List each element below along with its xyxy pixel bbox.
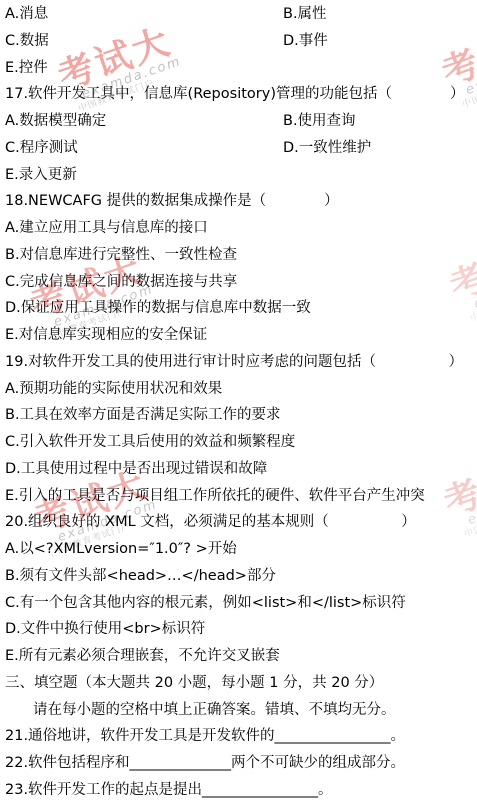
option-line: C.引入软件开发工具后使用的效益和频繁程度: [0, 429, 477, 456]
option-line: E.对信息库实现相应的安全保证: [0, 322, 477, 349]
option-line-text: C.引入软件开发工具后使用的效益和频繁程度: [5, 434, 295, 450]
option-right: B.属性: [283, 1, 327, 28]
question-line: 22.软件包括程序和______________两个不可缺少的组成部分。: [0, 750, 477, 777]
exam-document: A.消息B.属性C.数据D.事件E.控件17.软件开发工具中，信息库(Repos…: [0, 0, 477, 804]
option-line: D.文件中换行使用<br>标识符: [0, 616, 477, 643]
option-line-text: D.保证应用工具操作的数据与信息库中数据一致: [5, 300, 311, 316]
option-line: A.数据模型确定B.使用查询: [0, 108, 477, 135]
option-line-text: D.文件中换行使用<br>标识符: [5, 621, 205, 637]
option-line: C.有一个包含其他内容的根元素，例如<list>和</list>标识符: [0, 590, 477, 617]
option-line: B.须有文件头部<head>…</head>部分: [0, 563, 477, 590]
option-right: B.使用查询: [283, 108, 356, 135]
question-line-text: 18.NEWCAFG 提供的数据集成操作是（ ）: [5, 193, 339, 209]
option-line-text: A.以<?XMLversion=″1.0″? >开始: [5, 541, 237, 557]
option-line: A.建立应用工具与信息库的接口: [0, 215, 477, 242]
option-line: D.保证应用工具操作的数据与信息库中数据一致: [0, 295, 477, 322]
option-line-text: E.控件: [5, 60, 48, 76]
option-line-text: B.工具在效率方面是否满足实际工作的要求: [5, 407, 281, 423]
question-line: 17.软件开发工具中，信息库(Repository)管理的功能包括（ ）: [0, 81, 477, 108]
option-left: A.消息: [5, 6, 48, 22]
option-line: A.消息B.属性: [0, 1, 477, 28]
question-line: 21.通俗地讲，软件开发工具是开发软件的________________。: [0, 723, 477, 750]
question-line-text: 23.软件开发工作的起点是提出________________。: [5, 782, 333, 798]
question-line-text: 21.通俗地讲，软件开发工具是开发软件的________________。: [5, 728, 405, 744]
option-line: C.完成信息库之间的数据连接与共享: [0, 269, 477, 296]
instruction-line: 请在每小题的空格中填上正确答案。错填、不填均无分。: [0, 697, 477, 724]
option-line: A.预期功能的实际使用状况和效果: [0, 376, 477, 403]
option-line: E.所有元素必须合理嵌套，不允许交叉嵌套: [0, 643, 477, 670]
option-right: D.一致性维护: [283, 135, 371, 162]
option-left: C.数据: [5, 33, 49, 49]
option-line-text: E.所有元素必须合理嵌套，不允许交叉嵌套: [5, 648, 280, 664]
question-line: 19.对软件开发工具的使用进行审计时应考虑的问题包括（ ）: [0, 349, 477, 376]
option-line: B.工具在效率方面是否满足实际工作的要求: [0, 402, 477, 429]
option-line-text: E.录入更新: [5, 167, 77, 183]
question-line: 18.NEWCAFG 提供的数据集成操作是（ ）: [0, 188, 477, 215]
question-line-text: 19.对软件开发工具的使用进行审计时应考虑的问题包括（ ）: [5, 354, 463, 370]
option-line-text: E.对信息库实现相应的安全保证: [5, 327, 207, 343]
option-line-text: C.完成信息库之间的数据连接与共享: [5, 274, 237, 290]
option-line: D.工具使用过程中是否出现过错误和故障: [0, 456, 477, 483]
option-line: E.录入更新: [0, 162, 477, 189]
option-line-text: C.有一个包含其他内容的根元素，例如<list>和</list>标识符: [5, 595, 406, 611]
option-left: C.程序测试: [5, 140, 78, 156]
question-line-text: 22.软件包括程序和______________两个不可缺少的组成部分。: [5, 755, 405, 771]
option-line: B.对信息库进行完整性、一致性检查: [0, 242, 477, 269]
option-line-text: B.对信息库进行完整性、一致性检查: [5, 247, 237, 263]
instruction-line-text: 请在每小题的空格中填上正确答案。错填、不填均无分。: [33, 702, 396, 718]
option-line-text: A.建立应用工具与信息库的接口: [5, 220, 208, 236]
option-line: C.程序测试D.一致性维护: [0, 135, 477, 162]
section-heading: 三、填空题（本大题共 20 小题，每小题 1 分，共 20 分）: [0, 670, 477, 697]
option-line: C.数据D.事件: [0, 28, 477, 55]
option-line: A.以<?XMLversion=″1.0″? >开始: [0, 536, 477, 563]
option-right: D.事件: [283, 28, 328, 55]
option-line: E.控件: [0, 55, 477, 82]
option-line-text: A.预期功能的实际使用状况和效果: [5, 381, 222, 397]
question-line-text: 20.组织良好的 XML 文档，必须满足的基本规则（ ）: [5, 514, 416, 530]
section-heading-text: 三、填空题（本大题共 20 小题，每小题 1 分，共 20 分）: [5, 675, 383, 691]
option-line-text: D.工具使用过程中是否出现过错误和故障: [5, 461, 267, 477]
question-line: 20.组织良好的 XML 文档，必须满足的基本规则（ ）: [0, 509, 477, 536]
option-line: E.引入的工具是否与项目组工作所依托的硬件、软件平台产生冲突: [0, 483, 477, 510]
option-line-text: E.引入的工具是否与项目组工作所依托的硬件、软件平台产生冲突: [5, 488, 425, 504]
question-line-text: 17.软件开发工具中，信息库(Repository)管理的功能包括（ ）: [5, 86, 464, 102]
question-line: 23.软件开发工作的起点是提出________________。: [0, 777, 477, 804]
option-line-text: B.须有文件头部<head>…</head>部分: [5, 568, 276, 584]
option-left: A.数据模型确定: [5, 113, 106, 129]
